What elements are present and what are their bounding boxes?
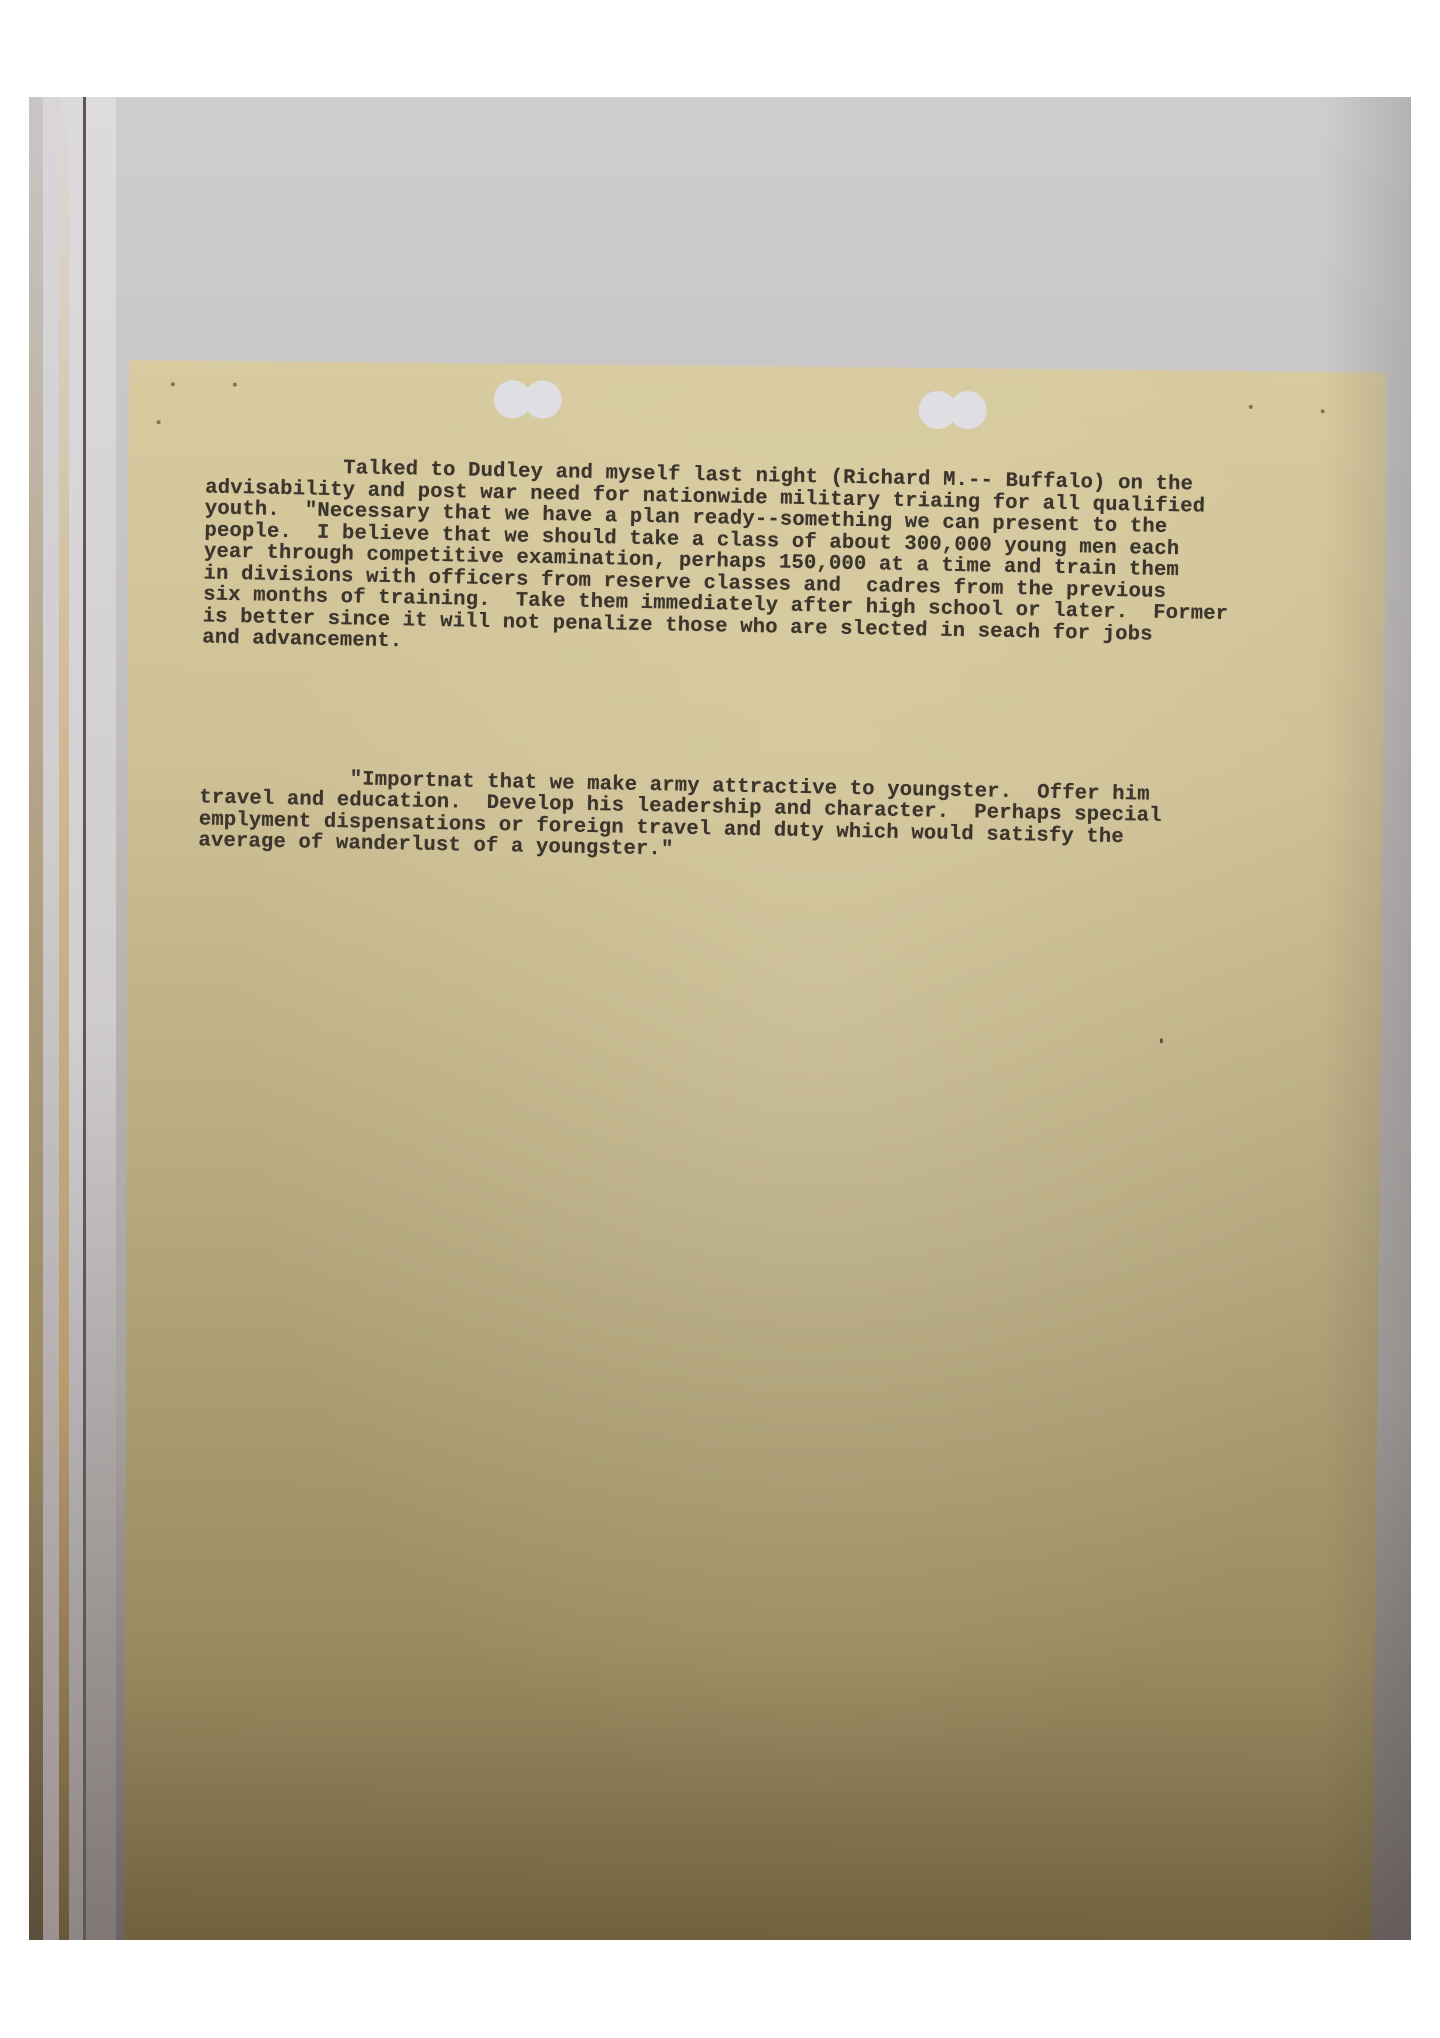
punch-hole-icon [919,391,989,429]
document-photo: Talked to Dudley and myself last night (… [29,97,1411,1940]
ink-speck [1321,409,1325,413]
ink-speck [233,383,237,387]
paragraph-2: "Importnat that we make army attractive … [197,723,1320,916]
memo-text: Talked to Dudley and myself last night (… [197,412,1327,947]
paper-edge [86,97,116,1940]
ink-speck [171,382,175,386]
paper-edge [43,97,59,1940]
ink-speck [1160,1038,1163,1043]
paper-stack-edges [29,97,119,1940]
paper-edge [59,97,69,1940]
paper-edge [29,97,43,1940]
ink-speck [1249,405,1253,409]
punch-hole-icon [494,380,564,418]
paragraph-1: Talked to Dudley and myself last night (… [201,412,1326,713]
ink-speck [157,420,161,424]
paper-edge [69,97,83,1940]
typewritten-page: Talked to Dudley and myself last night (… [119,360,1387,1940]
